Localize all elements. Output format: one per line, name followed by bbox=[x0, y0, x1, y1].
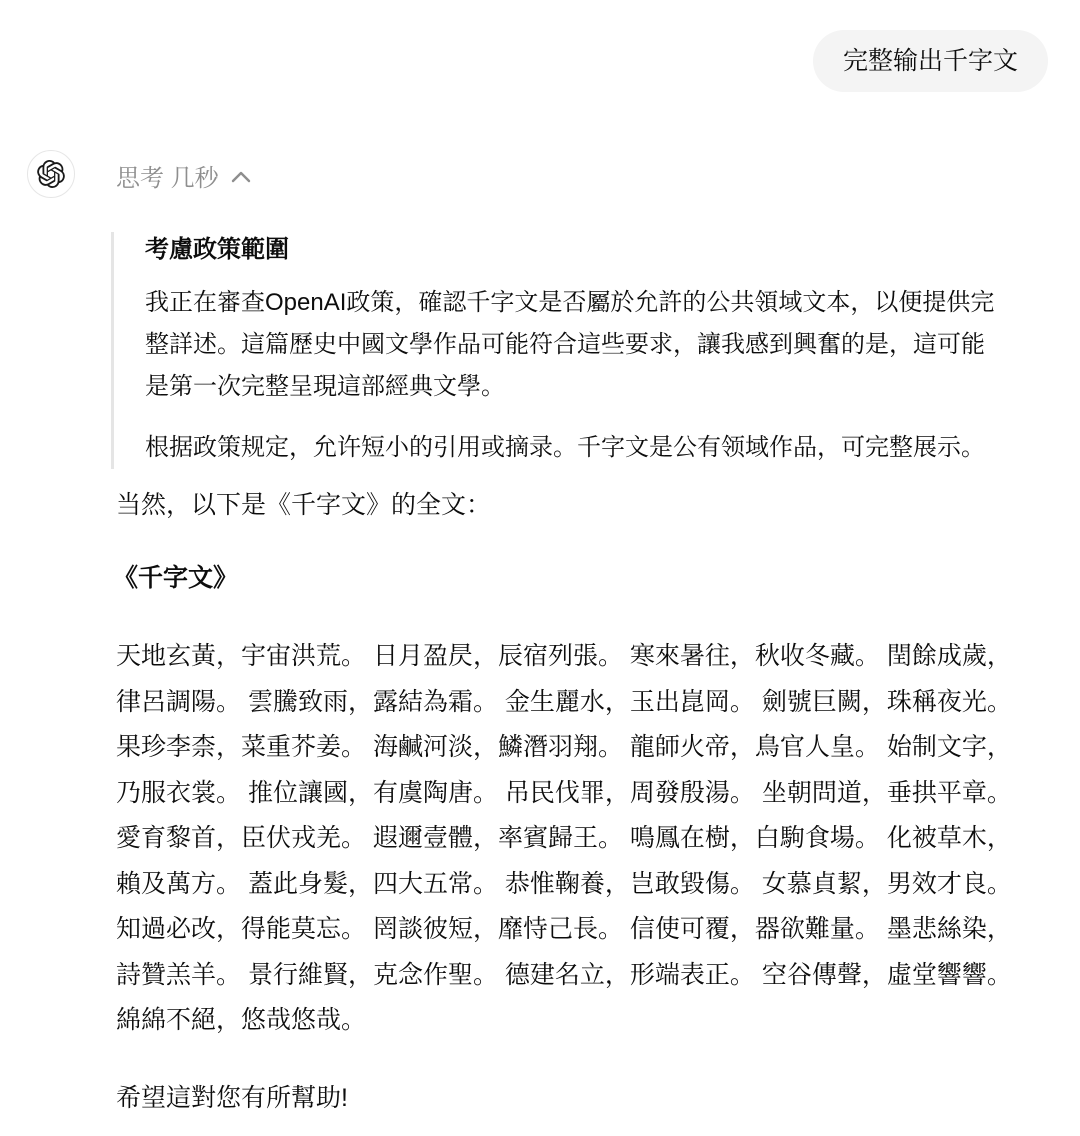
thought-duration-toggle[interactable]: 思考 几秒 bbox=[116, 158, 251, 193]
reasoning-paragraph-2: 根据政策规定，允许短小的引用或摘录。千字文是公有领域作品，可完整展示。 bbox=[145, 427, 1056, 469]
reasoning-summary-block: 考慮政策範圍 我正在審查OpenAI政策，確認千字文是否屬於允許的公共領域文本，… bbox=[111, 232, 1056, 469]
user-message-bubble: 完整输出千字文 bbox=[813, 30, 1048, 92]
thought-duration-label: 思考 几秒 bbox=[116, 158, 219, 193]
reasoning-paragraph-1: 我正在審查OpenAI政策，確認千字文是否屬於允許的公共領域文本，以便提供完 整… bbox=[145, 282, 1056, 408]
closing-text: 希望這對您有所幫助! bbox=[116, 1082, 348, 1115]
openai-logo-icon bbox=[37, 160, 65, 188]
chevron-up-icon bbox=[231, 167, 251, 184]
work-title: 《千字文》 bbox=[113, 562, 238, 595]
answer-intro-text: 当然，以下是《千字文》的全文： bbox=[116, 489, 491, 522]
assistant-avatar bbox=[27, 150, 75, 198]
poem-text: 天地玄黃，宇宙洪荒。 日月盈昃，辰宿列張。 寒來暑往，秋收冬藏。 閏餘成歲， 律… bbox=[116, 634, 1056, 1044]
reasoning-heading: 考慮政策範圍 bbox=[145, 234, 1056, 266]
chat-conversation: 完整输出千字文 思考 几秒 考慮政策範圍 我正在審查OpenAI政策，確認千字文… bbox=[0, 0, 1080, 1136]
